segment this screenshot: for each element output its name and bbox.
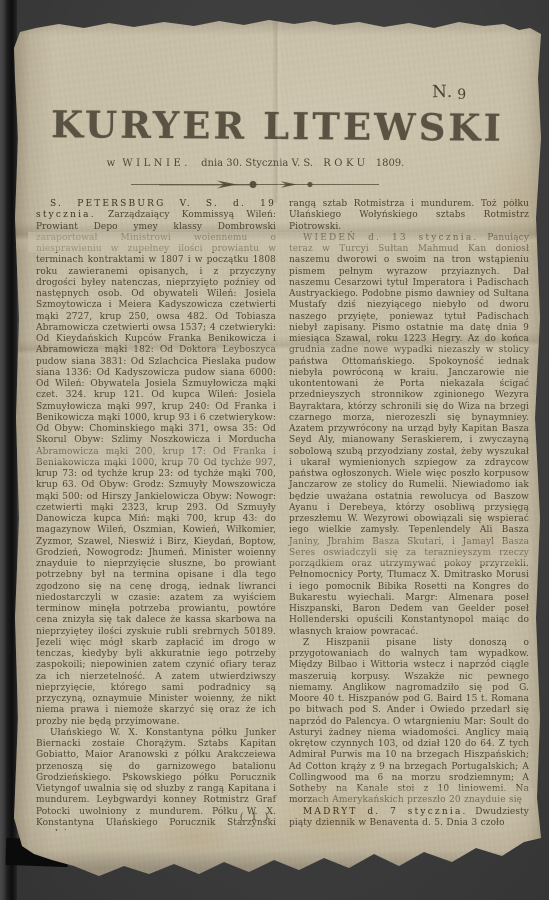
left-column: S. PETERSBURG V. S. d. 19 stycznia. Zarz… bbox=[36, 199, 276, 831]
article-paragraph: WIEDEŃ d. 13 stycznia. Panuiący teraz w … bbox=[289, 233, 529, 638]
issue-number-label: N. bbox=[432, 82, 454, 102]
article-body: Zarządzaiący Kommissyą Wileń: Prowiant D… bbox=[36, 210, 276, 726]
article-lead: WIEDEŃ d. 13 stycznia. bbox=[303, 233, 478, 243]
arrow-rule-ornament-icon bbox=[129, 178, 381, 191]
article-text-block: S. PETERSBURG V. S. d. 19 stycznia. Zarz… bbox=[36, 199, 530, 831]
dateline-roku-label: ROKU bbox=[323, 158, 368, 169]
article-paragraph: MADRYT d. 7 stycznia. Dwudziesty piąty d… bbox=[289, 807, 529, 830]
article-body: rangą sztab Rotmistrza i mundurem. Toż p… bbox=[289, 199, 529, 232]
masthead-divider bbox=[14, 178, 541, 191]
right-column: rangą sztab Rotmistrza i mundurem. Toż p… bbox=[289, 199, 529, 831]
page-number: ( 1 ) bbox=[210, 812, 300, 823]
article-paragraph: S. PETERSBURG V. S. d. 19 stycznia. Zarz… bbox=[36, 199, 276, 728]
dateline-date: dnia 30. Stycznia V. S. bbox=[201, 158, 313, 169]
newspaper-sheet: N.9 KURYER LITEWSKI w WILNIE. dnia 30. S… bbox=[14, 18, 541, 876]
article-body: Z Hiszpanii pisane listy donoszą o przyg… bbox=[289, 638, 529, 806]
dateline-prefix: w bbox=[107, 158, 116, 169]
issue-number: N.9 bbox=[432, 82, 467, 104]
dateline-city: WILNIE. bbox=[122, 158, 191, 169]
issue-number-value: 9 bbox=[457, 87, 467, 103]
book-spine-edge bbox=[0, 0, 17, 900]
article-body: Panuiący teraz w Turcyi Sułtan Mahmud Ka… bbox=[289, 233, 529, 637]
dateline-year: 1809. bbox=[376, 158, 405, 169]
scanned-newspaper-page: N.9 KURYER LITEWSKI w WILNIE. dnia 30. S… bbox=[0, 0, 549, 900]
article-paragraph: Z Hiszpanii pisane listy donoszą o przyg… bbox=[289, 638, 529, 807]
article-paragraph: rangą sztab Rotmistrza i mundurem. Toż p… bbox=[289, 199, 529, 233]
dateline: w WILNIE. dnia 30. Stycznia V. S. ROKU 1… bbox=[14, 158, 541, 169]
article-lead: MADRYT d. 7 stycznia. bbox=[303, 807, 468, 817]
masthead-title: KURYER LITEWSKI bbox=[14, 102, 541, 150]
